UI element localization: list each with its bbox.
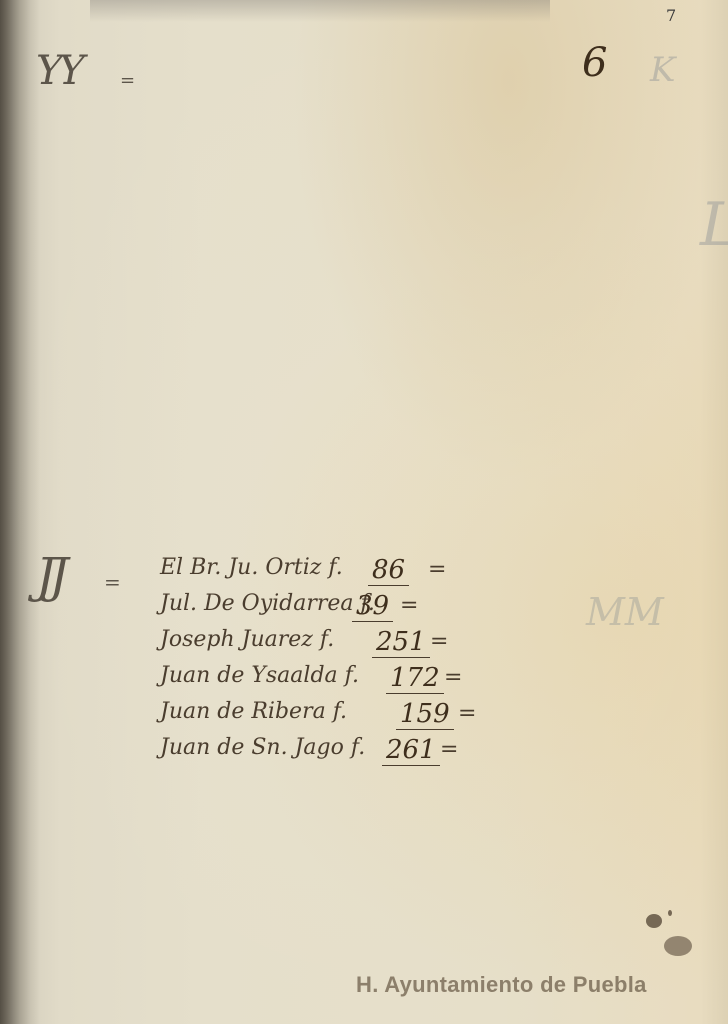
entry-folio: 261 (382, 735, 440, 766)
bleed-through-top: K (650, 50, 675, 90)
entry-equals: = (458, 701, 476, 726)
folio-number: 7 (666, 6, 676, 25)
ink-stain (646, 914, 662, 928)
binding-shadow (0, 0, 40, 1024)
entry-folio: 39 (352, 591, 393, 622)
entry-equals: = (444, 665, 462, 690)
entry-folio: 159 (396, 699, 454, 730)
bleed-through-row: MM (586, 590, 664, 634)
section-mark: JJ (36, 548, 62, 604)
entry-name: El Br. Ju. Ortiz f. (160, 555, 343, 580)
entry-folio: 86 (368, 555, 409, 586)
ink-stain (664, 936, 692, 956)
entry-name: Joseph Juarez f. (160, 627, 334, 652)
entry-name: Juan de Sn. Jago f. (160, 735, 365, 760)
manuscript-page: 7 YY = 6 K LL MM JJ = El Br. Ju. Ortiz f… (0, 0, 728, 1024)
entry-equals: = (440, 737, 458, 762)
entry-folio: 251 (372, 627, 430, 658)
section-equals: = (104, 570, 121, 594)
archive-watermark: H. Ayuntamiento de Puebla (356, 972, 647, 998)
entry-equals: = (430, 629, 448, 654)
header-equals: = (120, 70, 135, 91)
bleed-through-middle: LL (700, 190, 728, 260)
entry-folio: 172 (386, 663, 444, 694)
entry-name: Juan de Ribera f. (160, 699, 347, 724)
top-fold (90, 0, 550, 22)
entry-equals: = (428, 557, 446, 582)
entry-name: Juan de Ysaalda f. (160, 663, 359, 688)
page-number: 6 (582, 40, 607, 86)
ink-stain (668, 910, 672, 916)
header-mark: YY (36, 48, 81, 94)
entry-name: Jul. De Oyidarrea f. (160, 591, 375, 616)
entry-equals: = (400, 593, 418, 618)
